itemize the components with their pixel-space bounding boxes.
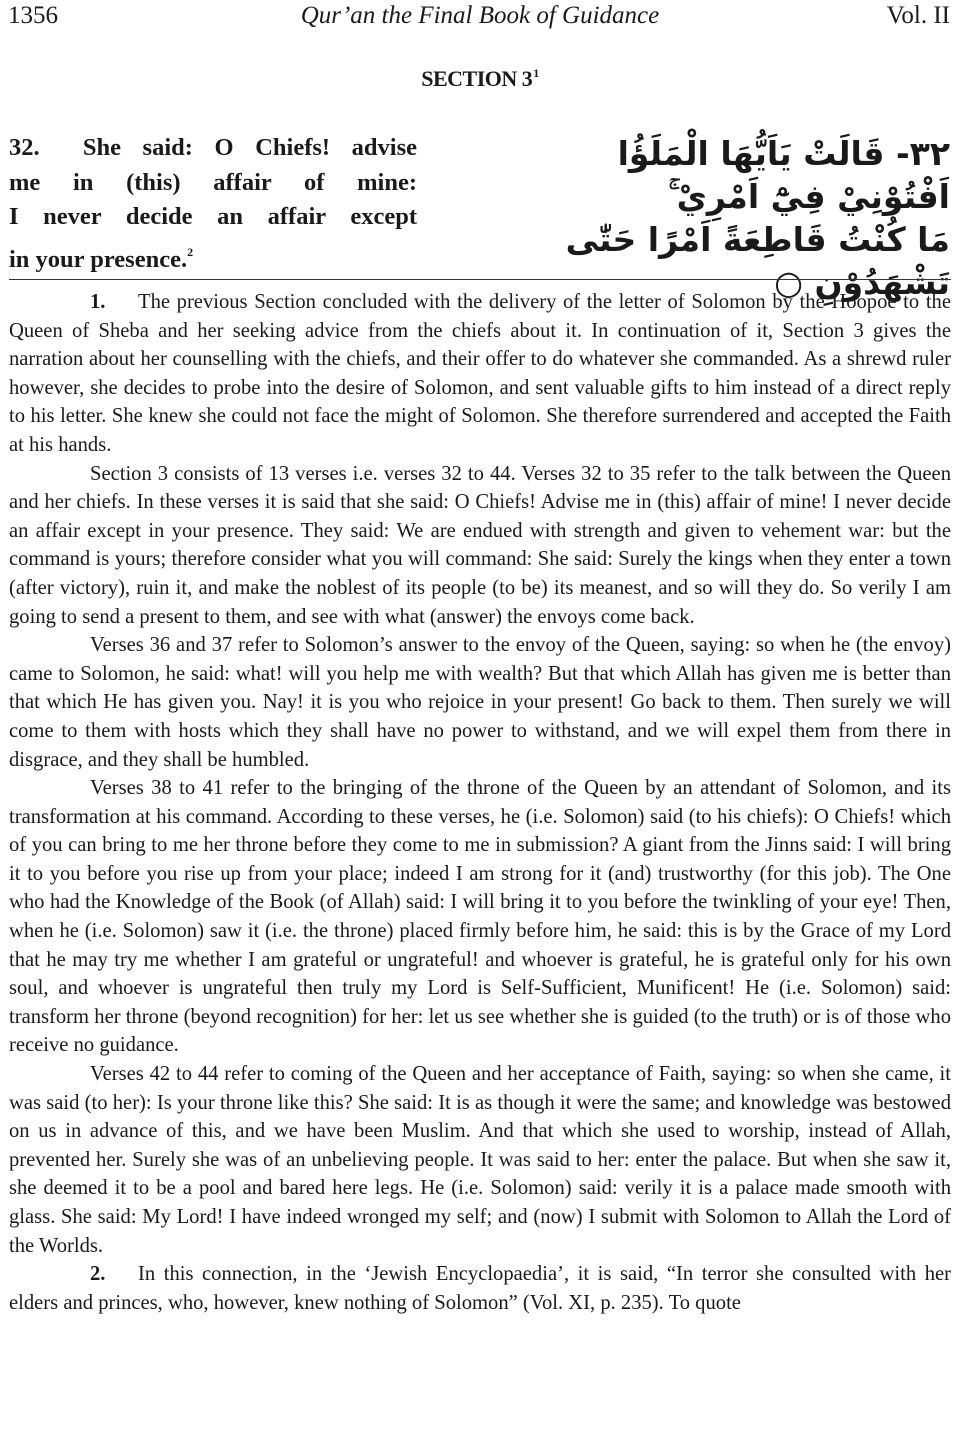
note-paragraph: Verses 36 and 37 refer to Solomon’s answ…	[9, 631, 951, 774]
note-paragraph: Verses 38 to 41 refer to the bringing of…	[9, 774, 951, 1060]
running-title: Qur’an the Final Book of Guidance	[0, 2, 960, 30]
verse-translation: 32. She said: O Chiefs! advise me in (th…	[9, 131, 417, 277]
divider-rule	[9, 279, 951, 280]
verse-line: in your presence.2	[9, 235, 417, 278]
note-number: 2.	[90, 1260, 138, 1289]
commentary: 1.The previous Section concluded with th…	[9, 288, 951, 1317]
note-number: 1.	[90, 288, 138, 317]
verse-line: 32. She said: O Chiefs! advise	[9, 131, 417, 166]
volume-label: Vol. II	[887, 2, 950, 30]
arabic-line: ٣٢- قَالَتْ يَاَيُّهَا الْمَلَؤُا اَفْتُ…	[500, 132, 950, 218]
note-paragraph: 1.The previous Section concluded with th…	[9, 288, 951, 460]
section-title: SECTION 3	[421, 66, 532, 91]
note-paragraph: Section 3 consists of 13 verses i.e. ver…	[9, 460, 951, 632]
section-heading: SECTION 31	[0, 66, 960, 92]
verse-line: I never decide an affair except	[9, 200, 417, 235]
verse-footnote-ref: 2	[187, 245, 193, 259]
page-header: 1356 Qur’an the Final Book of Guidance V…	[0, 0, 960, 36]
note-paragraph: 2.In this connection, in the ‘Jewish Enc…	[9, 1260, 951, 1317]
note-paragraph: Verses 42 to 44 refer to coming of the Q…	[9, 1060, 951, 1260]
verse-line: me in (this) affair of mine:	[9, 166, 417, 201]
verse-number: 32.	[9, 134, 40, 161]
section-footnote-ref: 1	[533, 66, 539, 80]
